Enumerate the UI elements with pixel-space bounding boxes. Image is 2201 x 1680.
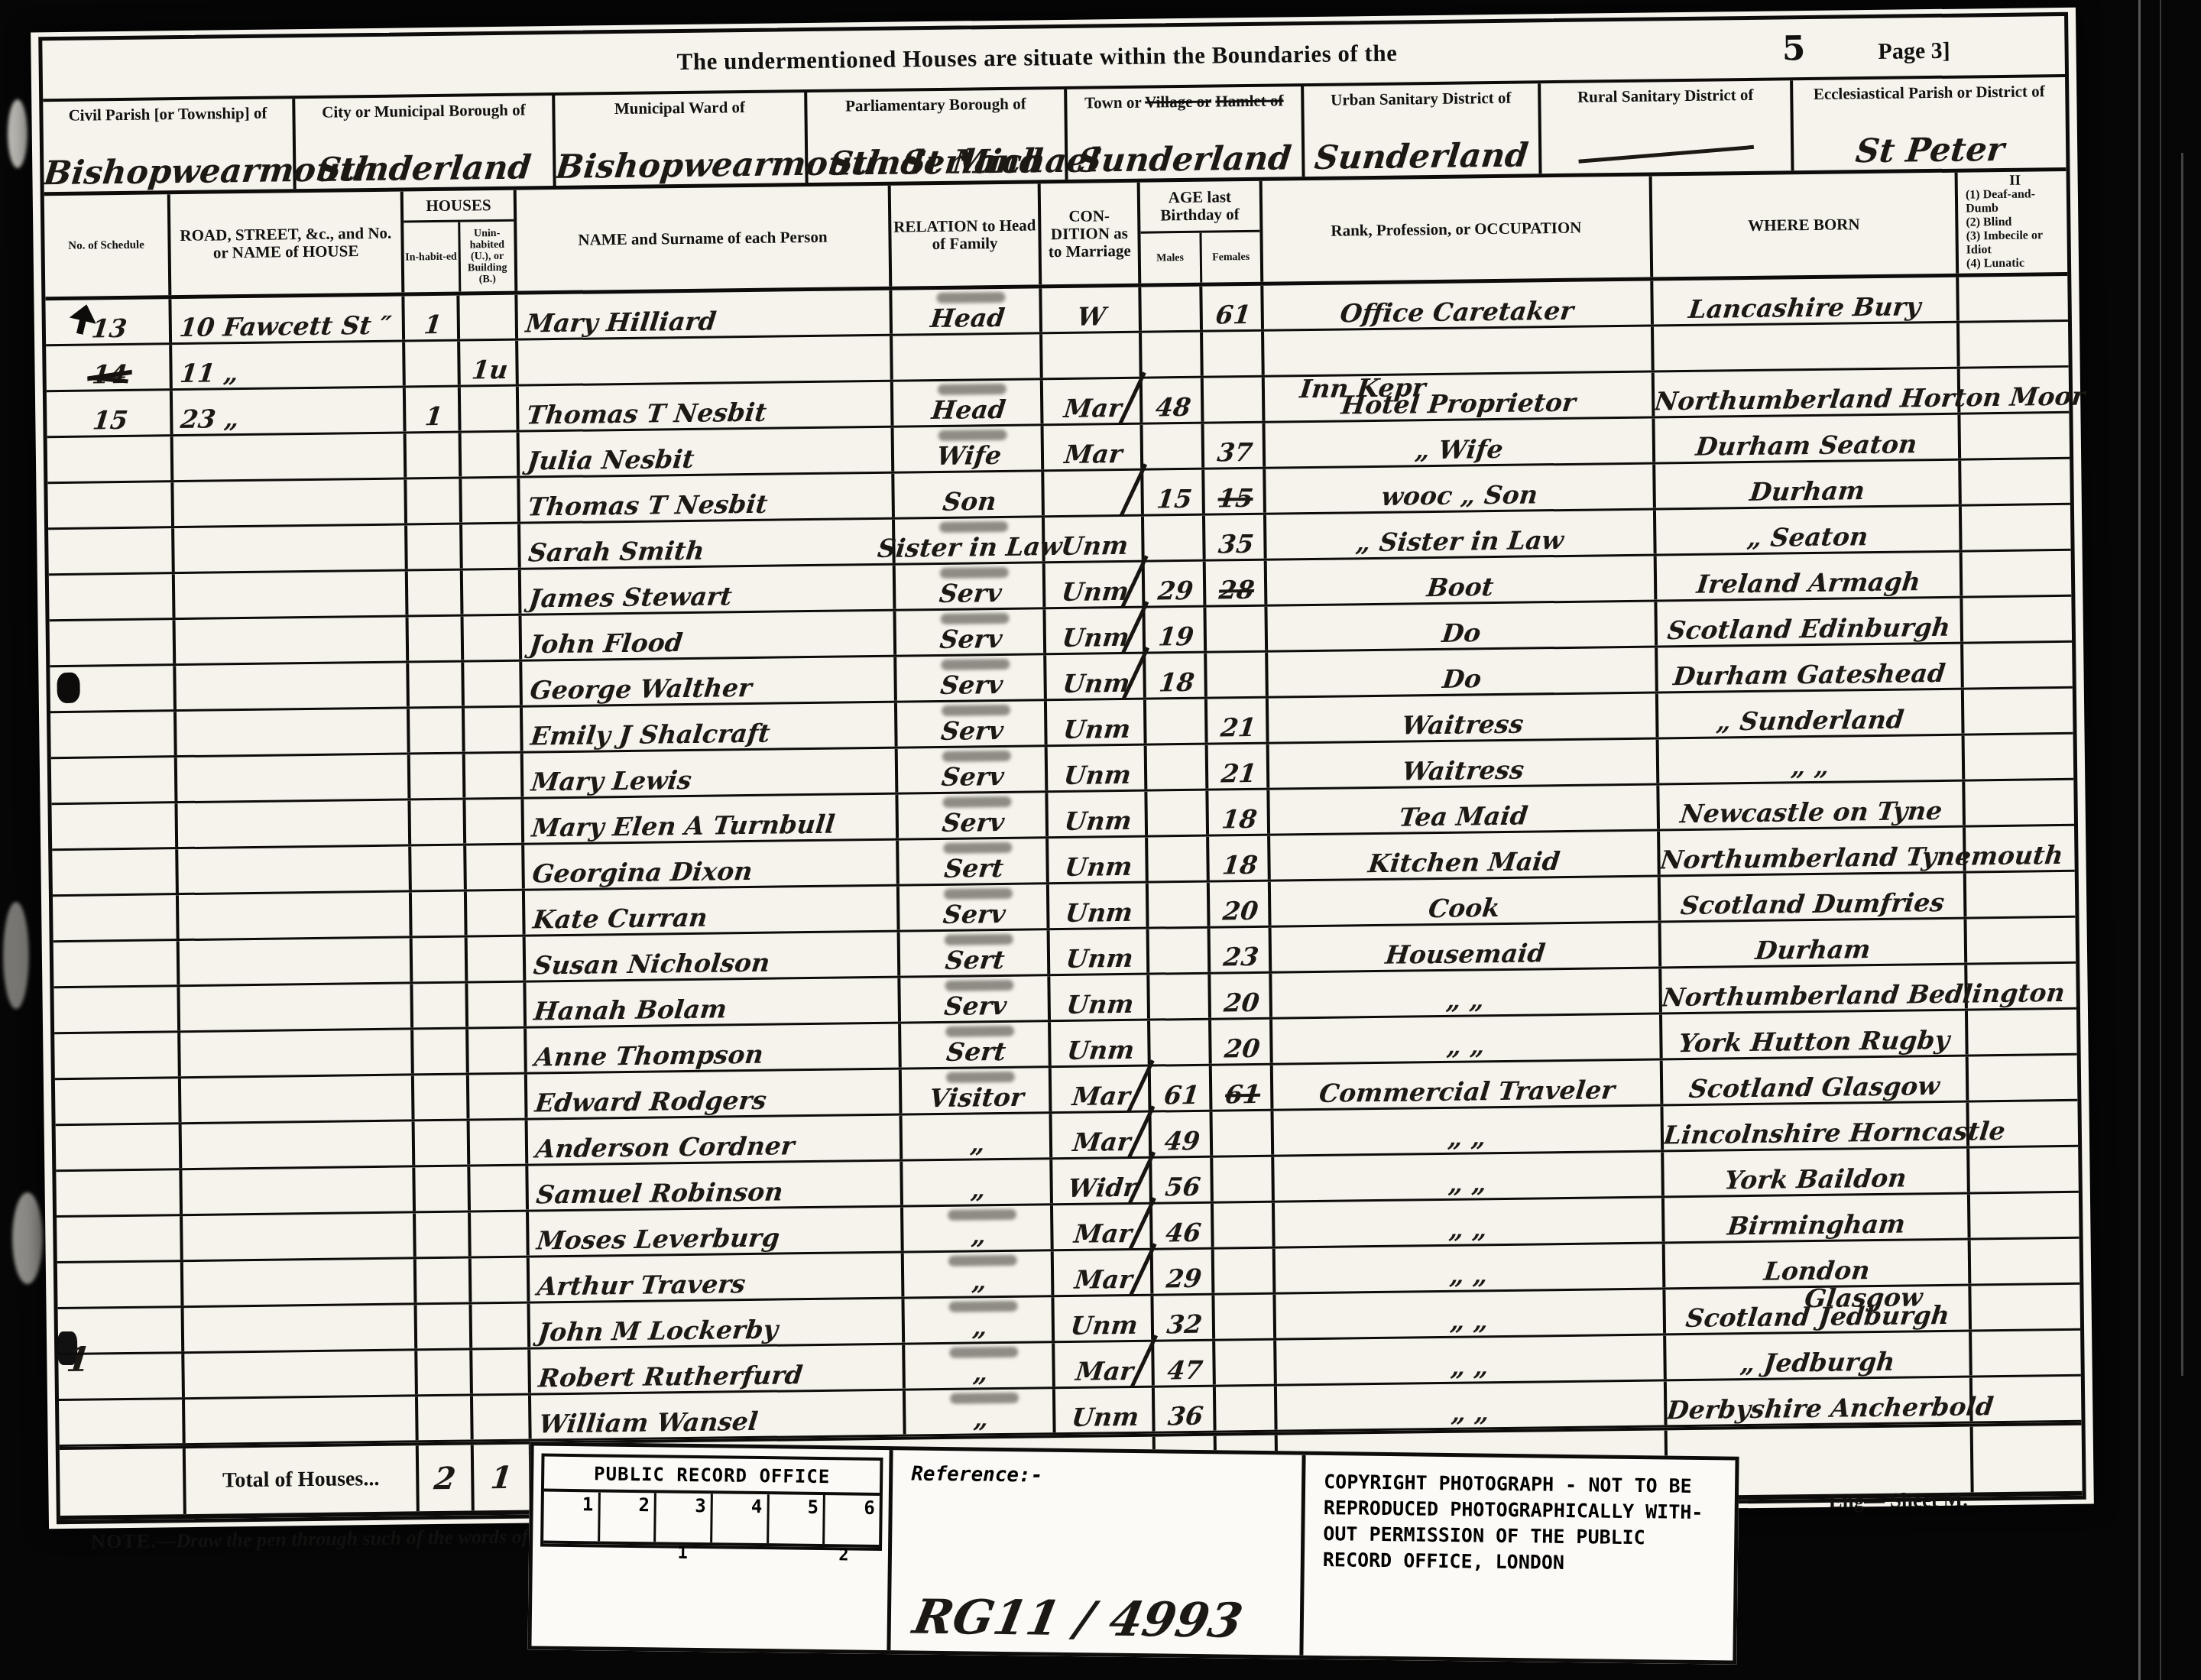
cell-condition: Unm — [1048, 746, 1148, 791]
census-rows: 1310 Fawcett St ″1Mary HilliardHeadW61Of… — [45, 276, 2081, 1447]
cell-name: Robert Rutherfurd — [530, 1345, 906, 1393]
cell-inhabited — [417, 1304, 473, 1348]
cell-condition: Mar — [1044, 425, 1144, 470]
ruler-number: 4 — [712, 1494, 769, 1543]
cell-uninhabited — [472, 1258, 530, 1302]
cell-schedule — [56, 1170, 183, 1215]
cell-occupation: wooc „ Son — [1266, 464, 1656, 512]
cell-name: Kate Curran — [525, 887, 900, 935]
cell-name: Moses Leverburg — [529, 1208, 904, 1256]
cell-relation: Serv — [896, 609, 1046, 654]
cell-occupation: Cook — [1271, 877, 1661, 925]
cell-road — [180, 1030, 414, 1076]
cell-schedule — [56, 1124, 183, 1169]
cell-uninhabited — [464, 662, 523, 706]
cell-inhabited — [407, 479, 462, 524]
cell-name: Anne Thompson — [527, 1024, 902, 1072]
cell-age-male — [1146, 699, 1208, 744]
district-value: Bishopwearmouth — [44, 154, 293, 190]
cell-road — [184, 1351, 418, 1397]
cell-condition: Unm — [1051, 1021, 1151, 1066]
cell-inhabited — [418, 1396, 474, 1440]
cell-disability — [1970, 1193, 2079, 1238]
stamp-pro-section: PUBLIC RECORD OFFICE 123456 12 — [531, 1445, 893, 1650]
cell-age-male: 29 — [1145, 562, 1207, 606]
cell-inhabited — [407, 525, 463, 569]
cell-age-female: 18 — [1208, 790, 1270, 835]
cell-disability — [1961, 459, 2070, 504]
cell-occupation: Waitress — [1269, 693, 1659, 741]
cell-road: 23 „ — [173, 388, 407, 434]
cell-disability — [1972, 1377, 2082, 1422]
cell-disability — [1964, 689, 2073, 734]
cell-age-female — [1206, 607, 1268, 651]
cell-occupation: Housemaid — [1272, 923, 1662, 971]
header-schedule: No. of Schedule — [44, 194, 172, 297]
cell-schedule: 15 — [47, 391, 173, 436]
cell-uninhabited — [462, 433, 520, 477]
cell-age-male — [1144, 516, 1206, 560]
cell-disability — [1962, 505, 2071, 550]
cell-age-male — [1149, 929, 1211, 973]
cell-schedule — [58, 1354, 185, 1399]
district-label: Civil Parish [or Township] of — [49, 103, 286, 125]
cell-inhabited — [412, 892, 468, 936]
cell-road — [173, 479, 407, 526]
cell-condition: Unm — [1055, 1388, 1156, 1433]
cell-relation — [893, 334, 1043, 379]
ruler-number: 5 — [769, 1494, 825, 1544]
totals-margin — [60, 1448, 186, 1516]
district-column: Municipal Ward ofBishopwearmouth St Mich… — [555, 92, 808, 186]
film-streak — [2181, 153, 2183, 1376]
cell-relation: Head — [892, 288, 1042, 333]
cell-relation: Head — [893, 380, 1044, 425]
cell-road — [177, 709, 410, 755]
cell-age-female: 37 — [1204, 423, 1266, 468]
page-number: Page 3] — [1878, 37, 1950, 64]
cell-occupation: „ „ — [1274, 1106, 1665, 1154]
cell-age-male — [1147, 745, 1209, 790]
header-uninhabited: Unin-habited (U.), or Building (B.) — [460, 222, 515, 292]
cell-schedule — [51, 757, 178, 803]
district-column: Urban Sanitary District ofSunderland — [1304, 83, 1541, 177]
header-condition: CON- DITION as to Marriage — [1041, 183, 1142, 285]
ruler-number: 2 — [600, 1492, 656, 1542]
cell-occupation: Do — [1268, 647, 1658, 696]
cell-relation: „ — [903, 1159, 1053, 1205]
cell-condition — [1042, 333, 1143, 378]
header-disability: II (1) Deaf-and-Dumb (2) Blind (3) Imbec… — [1958, 171, 2068, 274]
cell-disability — [1967, 964, 2076, 1009]
cell-uninhabited — [470, 1166, 529, 1211]
cell-road — [182, 1167, 416, 1214]
cell-condition: Unm — [1054, 1296, 1154, 1341]
district-value: St Peter — [1794, 132, 2066, 169]
header-name: NAME and Surname of each Person — [517, 186, 893, 291]
cell-disability — [1960, 414, 2070, 459]
ruler-number: 3 — [656, 1493, 712, 1542]
cell-age-male — [1149, 975, 1211, 1019]
cell-road — [183, 1213, 417, 1260]
header-age: AGE last Birthday of Males Females — [1140, 181, 1264, 284]
cell-disability — [1963, 643, 2073, 688]
cell-schedule — [47, 436, 174, 482]
cell-name: Edward Rodgers — [527, 1070, 903, 1118]
cell-where-born: Durham — [1655, 461, 1962, 508]
cell-age-female: 61 — [1212, 1065, 1274, 1110]
cell-name: Emily J Shalcraft — [523, 703, 898, 751]
cell-occupation: „ „ — [1276, 1335, 1667, 1383]
header-occupation: Rank, Profession, or OCCUPATION — [1263, 177, 1654, 282]
blank-dash — [1578, 145, 1754, 164]
copyright-text: COPYRIGHT PHOTOGRAPH - NOT TO BEREPRODUC… — [1305, 1455, 1736, 1578]
cell-disability — [1965, 735, 2074, 780]
cell-inhabited — [415, 1167, 471, 1211]
cell-inhabited — [417, 1258, 472, 1302]
cell-where-born — [1654, 323, 1960, 371]
cell-relation: Serv — [900, 884, 1050, 929]
cell-occupation: Office Caretaker — [1263, 281, 1654, 329]
cell-age-female — [1214, 1249, 1276, 1293]
cell-occupation: „ „ — [1276, 1244, 1666, 1292]
cell-name: Mary Lewis — [524, 749, 899, 797]
cell-where-born: Scotland Dumfries — [1661, 874, 1967, 921]
header-males: Males — [1140, 233, 1201, 284]
district-label: Municipal Ward of — [561, 97, 798, 118]
cell-schedule — [54, 1033, 181, 1078]
cell-inhabited — [410, 800, 466, 845]
cell-where-born: „ „ — [1659, 736, 1966, 783]
cell-relation: „ — [906, 1389, 1056, 1434]
cell-occupation: „ „ — [1272, 968, 1662, 1017]
ruler-sub-number: 1 — [677, 1544, 688, 1563]
cell-occupation: „ Sister in Law — [1266, 510, 1657, 558]
cell-inhabited — [417, 1350, 473, 1394]
cell-uninhabited — [463, 570, 522, 615]
cell-where-born: Northumberland Tynemouth — [1660, 828, 1966, 875]
cell-occupation: „ „ — [1274, 1152, 1665, 1200]
header-females: Females — [1201, 232, 1260, 283]
cell-inhabited — [407, 433, 462, 478]
cell-occupation: Inn KeprHotel Proprietor — [1265, 372, 1655, 420]
cell-road — [182, 1121, 416, 1168]
cell-where-born: Durham Gateshead — [1658, 644, 1964, 692]
cell-road — [177, 800, 411, 847]
cell-schedule — [50, 620, 177, 665]
cell-occupation: Waitress — [1269, 739, 1660, 787]
cell-inhabited — [413, 984, 468, 1028]
cell-occupation: „ „ — [1275, 1198, 1665, 1246]
cell-uninhabited — [459, 295, 518, 339]
cell-condition: Unm — [1047, 700, 1147, 745]
cell-occupation: Boot — [1267, 556, 1658, 604]
cell-road: 10 Fawcett St ″ — [171, 296, 405, 342]
cell-where-born: Lincolnshire Horncastle — [1663, 1103, 1969, 1150]
cell-inhabited — [413, 1030, 469, 1074]
cell-name: Thomas T Nesbit — [520, 474, 895, 522]
cell-name: Hanah Bolam — [526, 978, 901, 1026]
cell-age-male: 47 — [1154, 1341, 1216, 1386]
cell-disability — [1960, 322, 2069, 367]
reference-value: RG11 / 4993 — [914, 1589, 1243, 1649]
cell-relation: „ — [903, 1114, 1053, 1159]
district-value — [1541, 151, 1791, 172]
header-inhabited: In-habit-ed — [404, 222, 461, 293]
total-inhabited: 2 — [419, 1445, 475, 1511]
cell-disability — [1966, 872, 2076, 917]
cell-road — [176, 663, 410, 709]
district-column: Civil Parish [or Township] ofBishopwearm… — [43, 99, 296, 192]
cell-relation: „ — [903, 1205, 1054, 1250]
header-road: ROAD, STREET, &c., and No. or NAME of HO… — [170, 191, 405, 295]
cell-inhabited — [409, 617, 465, 661]
stamp-copyright-section: COPYRIGHT PHOTOGRAPH - NOT TO BEREPRODUC… — [1303, 1455, 1735, 1661]
cell-inhabited — [411, 846, 467, 890]
cell-age-male: 46 — [1152, 1204, 1214, 1248]
cell-schedule — [59, 1399, 186, 1445]
cell-road — [176, 617, 410, 663]
cell-uninhabited — [470, 1121, 529, 1165]
born-annotation: Glasgow — [1804, 1283, 1923, 1312]
reference-label: Reference:- — [893, 1450, 1302, 1490]
cell-age-female: 15 — [1204, 469, 1266, 514]
cell-age-female — [1214, 1295, 1276, 1339]
cell-age-female — [1213, 1157, 1275, 1202]
district-value: Sunderland — [808, 144, 1065, 181]
cell-road — [184, 1305, 418, 1351]
cell-disability — [1966, 826, 2075, 871]
cell-where-born: „ Seaton — [1656, 507, 1963, 554]
cell-where-born: Scotland Edinburgh — [1657, 598, 1963, 646]
cell-relation: Visitor — [902, 1068, 1052, 1113]
cell-disability — [1972, 1331, 2081, 1376]
cell-age-female — [1216, 1386, 1278, 1431]
cell-name: James Stewart — [521, 566, 896, 614]
cell-where-born: Derbyshire Ancherbold — [1667, 1378, 1973, 1425]
cell-name: Thomas T Nesbit — [519, 382, 894, 430]
cell-uninhabited — [465, 754, 524, 798]
cell-inhabited — [413, 938, 468, 982]
cell-occupation: Commercial Traveler — [1273, 1060, 1664, 1108]
cell-relation: Son — [894, 472, 1045, 517]
cell-age-male — [1143, 424, 1205, 469]
cell-uninhabited — [472, 1304, 531, 1348]
district-value: Sunderland — [1305, 138, 1539, 175]
cell-road — [183, 1259, 417, 1305]
cell-schedule: 13 — [45, 299, 172, 344]
ruler-number: 1 — [543, 1492, 600, 1542]
cell-occupation: „ Wife — [1266, 418, 1656, 466]
cell-name: John M Lockerby — [530, 1299, 906, 1348]
cell-age-male: 29 — [1153, 1250, 1215, 1294]
cell-relation: „ — [905, 1343, 1055, 1388]
cell-road — [180, 938, 413, 984]
cell-road — [179, 892, 413, 939]
cell-disability — [1960, 368, 2070, 413]
cell-age-male: 18 — [1146, 654, 1207, 698]
cell-age-male — [1150, 1020, 1212, 1065]
cell-where-born: „ Jedburgh — [1666, 1332, 1972, 1380]
cell-name: Arthur Travers — [530, 1254, 905, 1302]
cell-condition: Unm — [1049, 838, 1149, 883]
ruler-sub-number: 2 — [838, 1545, 849, 1565]
cell-age-female — [1215, 1341, 1277, 1385]
cell-where-born: York Baildon — [1664, 1149, 1970, 1196]
cell-uninhabited — [468, 937, 527, 981]
cell-name: Susan Nicholson — [526, 932, 901, 981]
note-prefix: NOTE. — [91, 1530, 157, 1553]
cell-schedule — [57, 1262, 184, 1307]
cell-relation: Serv — [898, 747, 1049, 792]
cell-relation: Sert — [899, 838, 1049, 884]
cell-schedule — [53, 895, 180, 940]
cell-inhabited: 1 — [404, 296, 460, 340]
cell-name: Anderson Cordner — [528, 1116, 903, 1164]
cell-uninhabited — [472, 1350, 531, 1394]
cell-schedule — [50, 712, 177, 757]
cell-age-male: 56 — [1152, 1158, 1214, 1202]
cell-age-male: 19 — [1145, 608, 1207, 652]
ruler-numbers: 123456 — [543, 1492, 880, 1548]
pro-ruler-box: PUBLIC RECORD OFFICE 123456 12 — [540, 1454, 883, 1551]
cell-uninhabited — [469, 1075, 528, 1119]
cell-uninhabited — [462, 478, 520, 523]
cell-age-female: 18 — [1209, 836, 1271, 881]
cell-condition: Unm — [1049, 884, 1149, 929]
cell-where-born: GlasgowScotland Jedburgh — [1665, 1286, 1972, 1334]
cell-occupation — [1264, 327, 1655, 375]
cell-uninhabited — [468, 1029, 527, 1073]
cell-age-male — [1142, 332, 1204, 377]
cell-road — [177, 754, 411, 801]
cell-age-male: 48 — [1143, 378, 1204, 423]
cell-road — [175, 571, 409, 618]
cell-age-female — [1203, 332, 1265, 376]
cell-name: Georgina Dixon — [524, 841, 900, 889]
cell-age-male: 32 — [1153, 1296, 1215, 1340]
cell-age-male: 61 — [1151, 1066, 1213, 1111]
cell-where-born: Durham Seaton — [1655, 415, 1961, 462]
cell-relation: Sert — [901, 1022, 1052, 1067]
cell-age-male — [1148, 837, 1210, 881]
cell-disability — [1963, 597, 2072, 642]
cell-uninhabited: 1u — [460, 341, 519, 385]
cell-relation: Serv — [896, 563, 1046, 608]
district-label: Rural Sanitary District of — [1547, 85, 1784, 106]
cell-where-born: Birmingham — [1665, 1195, 1971, 1242]
district-label: City or Municipal Borough of — [301, 100, 546, 122]
total-houses-label: Total of Houses... — [186, 1445, 420, 1514]
cell-age-female — [1207, 653, 1269, 697]
cell-disability — [1969, 1056, 2078, 1101]
cell-road — [173, 433, 407, 480]
district-column: Town or Village or Hamlet ofSunderland — [1067, 86, 1305, 180]
district-value: Sunderland — [296, 151, 553, 187]
cell-disability — [1971, 1285, 2080, 1330]
cell-relation: Serv — [900, 976, 1051, 1021]
cell-name: Mary Elen A Turnbull — [524, 795, 899, 843]
cell-condition: Unm — [1048, 792, 1148, 837]
cell-disability — [1963, 551, 2072, 596]
cell-age-female: 35 — [1205, 515, 1267, 559]
cell-occupation: „ „ — [1277, 1381, 1668, 1429]
cell-age-female: 20 — [1211, 1020, 1273, 1064]
film-blemish — [3, 902, 29, 1009]
cell-relation: „ — [904, 1251, 1055, 1296]
cell-relation: Serv — [898, 793, 1049, 838]
cell-inhabited — [410, 709, 465, 753]
cell-where-born: Newcastle on Tyne — [1659, 782, 1966, 829]
header-where-born: WHERE BORN — [1652, 173, 1960, 277]
cell-schedule — [51, 803, 178, 848]
cell-road: 11 „ — [172, 342, 406, 388]
cell-condition: Unm — [1050, 975, 1150, 1020]
cell-inhabited: 1 — [406, 388, 462, 432]
occupation-annotation: Inn Kepr — [1300, 374, 1426, 403]
cell-relation: Serv — [897, 701, 1048, 746]
district-label: Ecclesiastical Parish or District of — [1799, 82, 2059, 103]
cell-name: Mary Hilliard — [517, 290, 893, 339]
cell-name: William Wansel — [531, 1391, 906, 1439]
cell-schedule — [48, 528, 175, 573]
cell-uninhabited — [467, 891, 526, 936]
cell-relation: Serv — [896, 655, 1047, 700]
cell-where-born: Durham — [1661, 919, 1968, 967]
cell-disability — [1959, 276, 2068, 321]
district-label: Urban Sanitary District of — [1310, 88, 1532, 109]
cell-disability — [1969, 1147, 2079, 1192]
cell-age-male — [1149, 883, 1211, 927]
header-houses: HOUSES In-habit-ed Unin-habited (U.), or… — [404, 190, 518, 293]
cell-uninhabited — [468, 983, 527, 1027]
cell-road — [174, 525, 408, 572]
cell-relation: Wife — [894, 426, 1045, 471]
district-column: Rural Sanitary District of — [1541, 80, 1794, 174]
cell-age-male — [1141, 287, 1203, 331]
cell-age-female — [1213, 1111, 1275, 1156]
cell-road — [181, 1075, 415, 1122]
cell-age-female: 28 — [1206, 561, 1268, 605]
cell-occupation: „ „ — [1276, 1289, 1666, 1338]
header-relation: RELATION to Head of Family — [891, 183, 1042, 286]
film-blemish — [8, 99, 28, 168]
cell-age-female: 20 — [1210, 882, 1272, 926]
cell-where-born: Northumberland Bedlington — [1661, 965, 1968, 1013]
page-border: The undermentioned Houses are situate wi… — [38, 12, 2086, 1524]
cell-age-female — [1204, 378, 1266, 422]
cell-disability — [1967, 918, 2076, 963]
cell-inhabited — [414, 1075, 470, 1120]
cell-age-male: 15 — [1143, 470, 1205, 514]
cell-schedule — [53, 941, 180, 986]
cell-where-born: „ Sunderland — [1658, 690, 1965, 738]
cell-occupation: Tea Maid — [1269, 785, 1660, 833]
cell-schedule — [52, 849, 179, 894]
cell-uninhabited — [462, 524, 521, 569]
cell-where-born: Ireland Armagh — [1657, 553, 1963, 600]
cell-uninhabited — [461, 387, 520, 431]
cell-inhabited — [409, 663, 465, 707]
district-value: Bishopwearmouth St Michael — [556, 148, 806, 184]
district-value: Sunderland — [1068, 141, 1302, 178]
cell-age-female: 23 — [1211, 928, 1272, 972]
film-streak — [2160, 0, 2161, 1680]
cell-age-male — [1147, 791, 1209, 835]
cell-age-male: 49 — [1152, 1112, 1214, 1156]
cell-condition: W — [1042, 287, 1142, 332]
cell-inhabited — [410, 754, 466, 799]
